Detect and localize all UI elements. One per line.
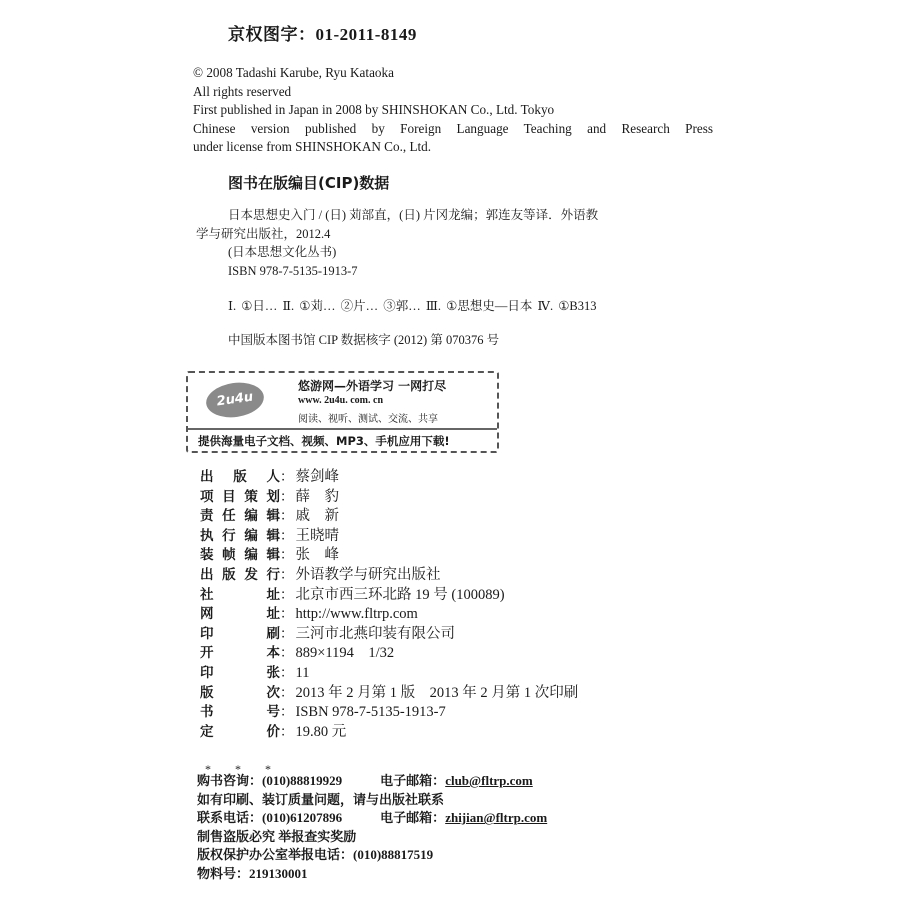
credit-value: 19.80 元 xyxy=(296,723,347,743)
credit-row-edition: 版次：2013 年 2 月第 1 版 2013 年 2 月第 1 次印刷 xyxy=(200,684,578,704)
credit-label: 版次 xyxy=(200,684,280,704)
credit-value: 三河市北燕印装有限公司 xyxy=(296,625,456,645)
purchase-email-link[interactable]: club@fltrp.com xyxy=(445,773,533,788)
credit-label: 执行编辑 xyxy=(200,527,280,547)
credit-label: 项目策划 xyxy=(200,488,280,508)
credit-value: 889×1194 1/32 xyxy=(296,644,395,664)
ad-bottom-text: 提供海量电子文档、视频、MP3、手机应用下载! xyxy=(198,433,450,449)
credit-value: 外语教学与研究出版社 xyxy=(296,566,441,586)
cip-title: 图书在版编目(CIP)数据 xyxy=(228,172,389,193)
credit-row-publisher: 出版人：蔡剑峰 xyxy=(200,468,578,488)
email-label: 电子邮箱： xyxy=(380,773,445,788)
credit-value: 2013 年 2 月第 1 版 2013 年 2 月第 1 次印刷 xyxy=(296,684,579,704)
credit-value: 薛 豹 xyxy=(296,488,340,508)
2u4u-logo-icon: 2u4u xyxy=(204,379,266,421)
copyright-line: Chinese version published by Foreign Lan… xyxy=(193,120,713,139)
credit-label: 出版人 xyxy=(200,468,280,488)
credit-label: 定价 xyxy=(200,723,280,743)
credit-row-printer: 印刷：三河市北燕印装有限公司 xyxy=(200,625,578,645)
website-link[interactable]: http://www.fltrp.com xyxy=(296,605,418,625)
cip-line: 日本思想史入门 / (日) 苅部直，(日) 片冈龙编；郭连友等译．外语教 xyxy=(196,206,716,225)
contact-phone: 联系电话：(010)61207896 xyxy=(197,810,342,825)
credit-value: 北京市西三环北路 19 号 (100089) xyxy=(296,586,505,606)
copyright-line: All rights reserved xyxy=(193,83,713,102)
purchase-inquiry-row: 购书咨询：(010)88819929电子邮箱：club@fltrp.com xyxy=(197,772,547,791)
credit-row-design-editor: 装帧编辑：张 峰 xyxy=(200,546,578,566)
credit-value: 11 xyxy=(296,664,310,684)
credit-label: 装帧编辑 xyxy=(200,546,280,566)
piracy-notice: 制售盗版必究 举报查实奖励 xyxy=(197,828,547,847)
copyright-license-number: 京权图字：01-2011-8149 xyxy=(228,20,417,45)
credit-row-project-planner: 项目策划：薛 豹 xyxy=(200,488,578,508)
contact-phone-row: 联系电话：(010)61207896电子邮箱：zhijian@fltrp.com xyxy=(197,809,547,828)
credit-value: 王晓晴 xyxy=(296,527,340,547)
copyright-line: under license from SHINSHOKAN Co., Ltd. xyxy=(193,138,713,157)
credit-label: 网址 xyxy=(200,605,280,625)
copyright-line: First published in Japan in 2008 by SHIN… xyxy=(193,101,713,120)
credit-row-isbn: 书号：ISBN 978-7-5135-1913-7 xyxy=(200,703,578,723)
cip-line: (日本思想文化丛书) xyxy=(196,243,716,262)
quality-notice: 如有印刷、装订质量问题，请与出版社联系 xyxy=(197,791,547,810)
cip-classification: Ⅰ. ①日… Ⅱ. ①苅… ②片… ③郭… Ⅲ. ①思想史—日本 Ⅳ. ①B31… xyxy=(228,296,597,314)
credit-label: 印张 xyxy=(200,664,280,684)
contact-info: 购书咨询：(010)88819929电子邮箱：club@fltrp.com 如有… xyxy=(197,772,547,884)
credit-row-executive-editor: 执行编辑：王晓晴 xyxy=(200,527,578,547)
advertisement-banner: 2u4u 悠游网—外语学习 一网打尽 www. 2u4u. com. cn 阅读… xyxy=(186,371,499,453)
credit-row-website: 网址：http://www.fltrp.com xyxy=(200,605,578,625)
ad-features: 阅读、视听、测试、交流、共享 xyxy=(298,410,438,425)
credit-label: 社址 xyxy=(200,586,280,606)
purchase-inquiry: 购书咨询：(010)88819929 xyxy=(197,773,342,788)
material-number: 物料号：219130001 xyxy=(197,865,547,884)
credit-value: 蔡剑峰 xyxy=(296,468,340,488)
credit-label: 开本 xyxy=(200,644,280,664)
report-phone: 版权保护办公室举报电话：(010)88817519 xyxy=(197,846,547,865)
credit-value: 戚 新 xyxy=(296,507,340,527)
ad-url: www. 2u4u. com. cn xyxy=(298,395,383,406)
credit-label: 印刷 xyxy=(200,625,280,645)
credit-label: 出版发行 xyxy=(200,566,280,586)
credit-row-editor-in-charge: 责任编辑：戚 新 xyxy=(200,507,578,527)
credit-value: ISBN 978-7-5135-1913-7 xyxy=(296,703,446,723)
credit-row-address: 社址：北京市西三环北路 19 号 (100089) xyxy=(200,586,578,606)
credit-row-sheets: 印张：11 xyxy=(200,664,578,684)
credit-row-price: 定价：19.80 元 xyxy=(200,723,578,743)
copyright-notice: © 2008 Tadashi Karube, Ryu Kataoka All r… xyxy=(193,64,713,157)
cip-isbn: ISBN 978-7-5135-1913-7 xyxy=(196,262,716,281)
credit-label: 责任编辑 xyxy=(200,507,280,527)
credit-label: 书号 xyxy=(200,703,280,723)
credit-row-distributor: 出版发行：外语教学与研究出版社 xyxy=(200,566,578,586)
cip-record: 日本思想史入门 / (日) 苅部直，(日) 片冈龙编；郭连友等译．外语教 学与研… xyxy=(196,206,716,280)
publication-credits: 出版人：蔡剑峰 项目策划：薛 豹 责任编辑：戚 新 执行编辑：王晓晴 装帧编辑：… xyxy=(200,468,578,742)
quality-email-link[interactable]: zhijian@fltrp.com xyxy=(445,810,547,825)
ad-top-section: 2u4u 悠游网—外语学习 一网打尽 www. 2u4u. com. cn 阅读… xyxy=(188,373,497,430)
copyright-line: © 2008 Tadashi Karube, Ryu Kataoka xyxy=(193,64,713,83)
credit-row-format: 开本：889×1194 1/32 xyxy=(200,644,578,664)
cip-record-number: 中国版本图书馆 CIP 数据核字 (2012) 第 070376 号 xyxy=(228,330,499,348)
ad-slogan: 悠游网—外语学习 一网打尽 xyxy=(298,377,446,394)
credit-value: 张 峰 xyxy=(296,546,340,566)
cip-line: 学与研究出版社，2012.4 xyxy=(196,225,716,244)
email-label: 电子邮箱： xyxy=(380,810,445,825)
